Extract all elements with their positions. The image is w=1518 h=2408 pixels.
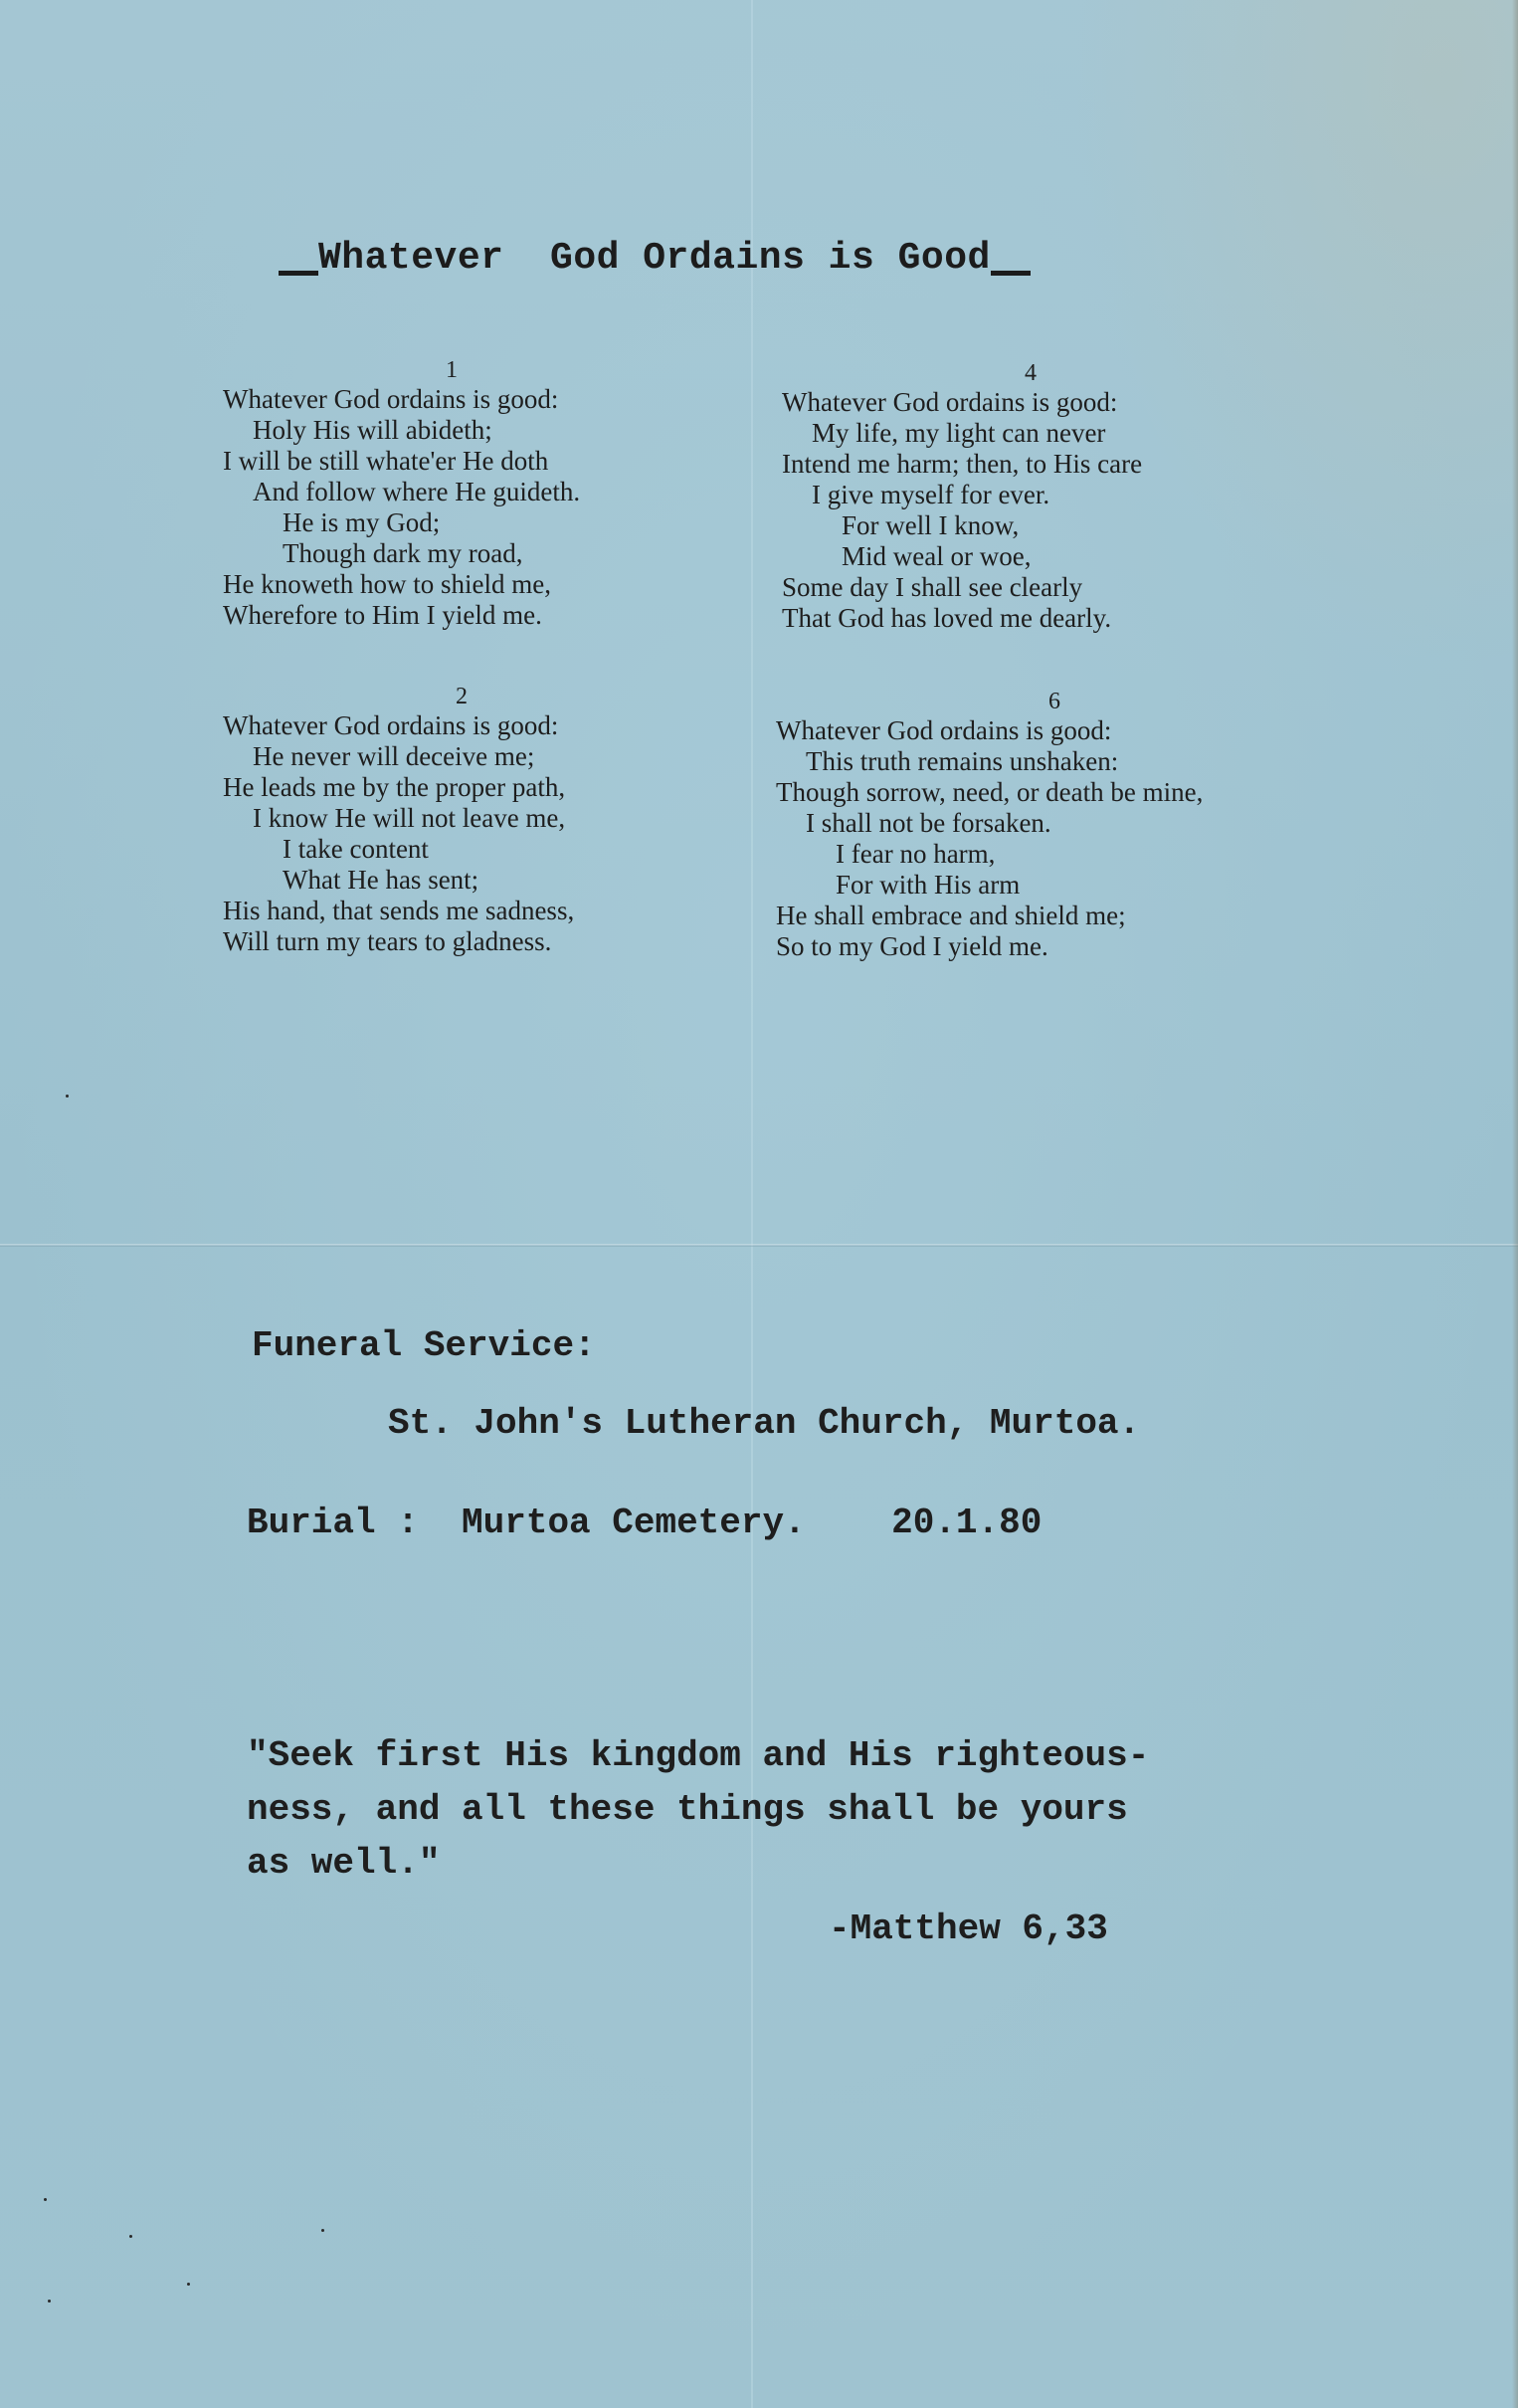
quote-line: "Seek first His kingdom and His righteou… — [247, 1735, 1149, 1776]
vertical-fold-line — [751, 0, 753, 2408]
verse-line: I know He will not leave me, — [223, 803, 700, 834]
verse-line: So to my God I yield me. — [776, 931, 1333, 962]
verse-line: Whatever God ordains is good: — [776, 715, 1333, 746]
ink-speck — [129, 2235, 132, 2238]
funeral-church: St. John's Lutheran Church, Murtoa. — [388, 1403, 1140, 1444]
hymn-title-text: Whatever God Ordains is Good — [318, 237, 991, 280]
verse-line: Some day I shall see clearly — [782, 572, 1279, 603]
ink-speck — [321, 2229, 324, 2232]
verse-line: I shall not be forsaken. — [776, 808, 1333, 839]
verse-line: He leads me by the proper path, — [223, 772, 700, 803]
quote-line: ness, and all these things shall be your… — [247, 1789, 1128, 1830]
verse-line: I will be still whate'er He doth — [223, 446, 680, 477]
horizontal-fold-line — [0, 1244, 1518, 1247]
verse-line: Whatever God ordains is good: — [223, 710, 700, 741]
hymn-verse-1: 1 Whatever God ordains is good: Holy His… — [223, 358, 680, 631]
quote-line: as well." — [247, 1843, 440, 1884]
verse-line: My life, my light can never — [782, 418, 1279, 449]
verse-line: Will turn my tears to gladness. — [223, 926, 700, 957]
verse-line: Whatever God ordains is good: — [223, 384, 680, 415]
verse-line: He knoweth how to shield me, — [223, 569, 680, 600]
paper-edge-shadow — [1512, 0, 1518, 2408]
hymn-verse-2: 2 Whatever God ordains is good: He never… — [223, 685, 700, 957]
funeral-service-label: Funeral Service: — [252, 1325, 596, 1366]
verse-line: Intend me harm; then, to His care — [782, 449, 1279, 480]
verse-line: His hand, that sends me sadness, — [223, 896, 700, 926]
verse-line: And follow where He guideth. — [223, 477, 680, 507]
hymn-verse-4: 4 Whatever God ordains is good: My life,… — [782, 361, 1279, 634]
hymn-verse-6: 6 Whatever God ordains is good: This tru… — [776, 690, 1333, 962]
verse-line: He is my God; — [223, 507, 680, 538]
verse-line: Whatever God ordains is good: — [782, 387, 1279, 418]
verse-line: Wherefore to Him I yield me. — [223, 600, 680, 631]
verse-line: What He has sent; — [223, 865, 700, 896]
verse-line: I fear no harm, — [776, 839, 1333, 870]
scripture-quote: "Seek first His kingdom and His righteou… — [247, 1729, 1149, 1891]
verse-line: He never will deceive me; — [223, 741, 700, 772]
verse-line: For well I know, — [782, 510, 1279, 541]
verse-line: Holy His will abideth; — [223, 415, 680, 446]
ink-speck — [44, 2198, 47, 2201]
verse-line: He shall embrace and shield me; — [776, 901, 1333, 931]
scripture-citation: -Matthew 6,33 — [829, 1908, 1108, 1949]
verse-line: Though dark my road, — [223, 538, 680, 569]
verse-line: Mid weal or woe, — [782, 541, 1279, 572]
burial-info: Burial : Murtoa Cemetery. 20.1.80 — [247, 1503, 1042, 1543]
verse-line: Though sorrow, need, or death be mine, — [776, 777, 1333, 808]
verse-line: This truth remains unshaken: — [776, 746, 1333, 777]
verse-line: For with His arm — [776, 870, 1333, 901]
verse-line: That God has loved me dearly. — [782, 603, 1279, 634]
ink-speck — [187, 2283, 190, 2286]
verse-number: 1 — [223, 358, 680, 382]
verse-number: 4 — [782, 361, 1279, 385]
ink-speck — [48, 2300, 51, 2303]
verse-line: I give myself for ever. — [782, 480, 1279, 510]
verse-line: I take content — [223, 834, 700, 865]
ink-speck — [66, 1095, 69, 1098]
verse-number: 2 — [223, 685, 700, 708]
hymn-title: Whatever God Ordains is Good — [279, 237, 1031, 280]
title-underline-left — [279, 271, 318, 276]
verse-number: 6 — [776, 690, 1333, 713]
title-underline-right — [991, 271, 1031, 276]
